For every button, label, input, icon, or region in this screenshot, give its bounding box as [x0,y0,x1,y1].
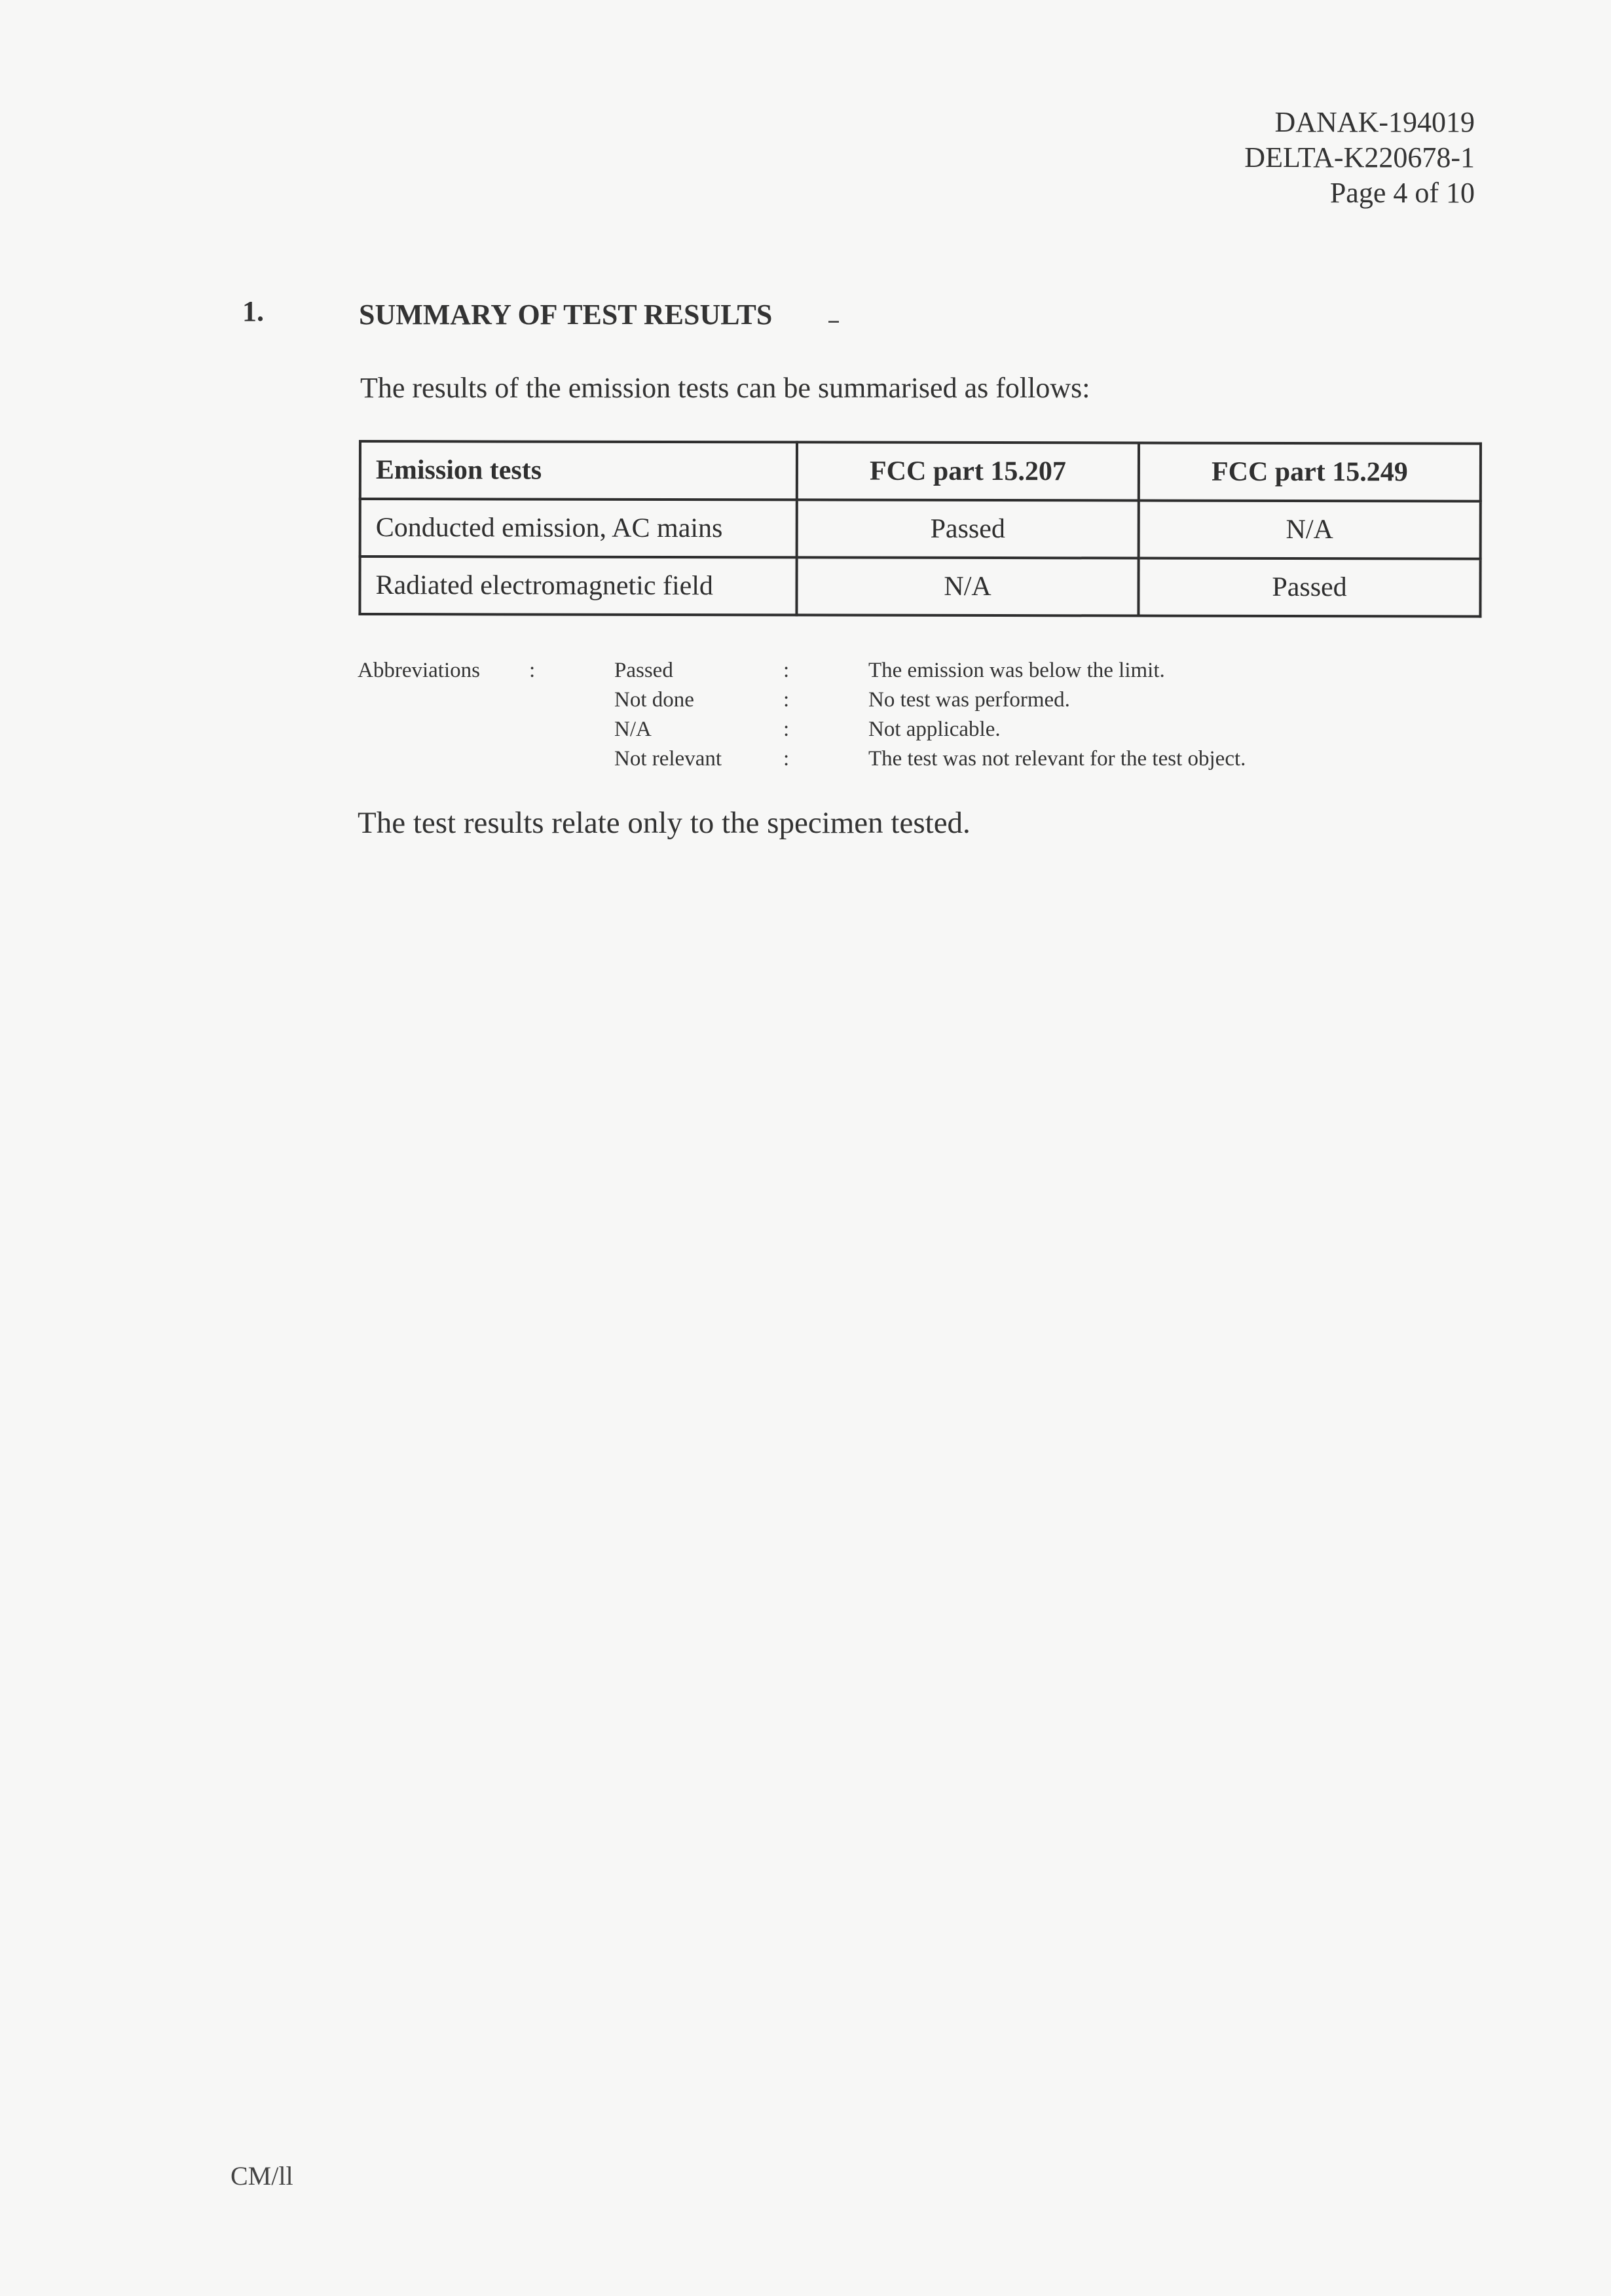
abbreviation-key: Not relevant [614,744,722,774]
scan-mark [828,321,839,323]
result-15-249: N/A [1139,500,1481,558]
abbreviation-desc: Not applicable. [868,715,1001,744]
section-title: SUMMARY OF TEST RESULTS [359,298,772,331]
intro-text: The results of the emission tests can be… [360,371,1090,405]
danak-number: DANAK-194019 [1244,105,1475,140]
header-fcc-15-207: FCC part 15.207 [797,442,1139,500]
test-name: Conducted emission, AC mains [360,499,797,557]
table-row: Conducted emission, AC mains Passed N/A [360,499,1481,559]
separator: : [783,744,789,774]
result-15-207: N/A [797,557,1139,615]
document-page: DANAK-194019 DELTA-K220678-1 Page 4 of 1… [0,0,1611,2296]
page-number: Page 4 of 10 [1244,175,1475,211]
abbreviation-key: Passed [614,656,673,685]
results-table: Emission tests FCC part 15.207 FCC part … [358,440,1482,618]
author-initials: CM/ll [231,2160,293,2191]
delta-report-number: DELTA-K220678-1 [1244,140,1475,175]
header-fcc-15-249: FCC part 15.249 [1139,443,1481,501]
results-disclaimer: The test results relate only to the spec… [358,805,971,841]
abbreviations-label: Abbreviations [358,656,480,685]
separator: : [783,715,789,744]
abbreviation-key: Not done [614,685,694,715]
table-header-row: Emission tests FCC part 15.207 FCC part … [360,441,1481,501]
abbreviation-desc: The emission was below the limit. [868,656,1165,685]
abbreviation-key: N/A [614,715,652,744]
abbreviation-desc: The test was not relevant for the test o… [868,744,1246,774]
header-emission-tests: Emission tests [360,441,797,500]
test-name: Radiated electromagnetic field [360,556,796,615]
result-15-249: Passed [1138,558,1480,616]
result-15-207: Passed [797,500,1139,558]
separator: : [529,656,535,685]
separator: : [783,656,789,685]
document-reference-block: DANAK-194019 DELTA-K220678-1 Page 4 of 1… [1244,105,1475,211]
table-row: Radiated electromagnetic field N/A Passe… [360,556,1480,617]
abbreviation-desc: No test was performed. [868,685,1070,715]
separator: : [783,685,789,715]
section-number: 1. [242,295,264,328]
